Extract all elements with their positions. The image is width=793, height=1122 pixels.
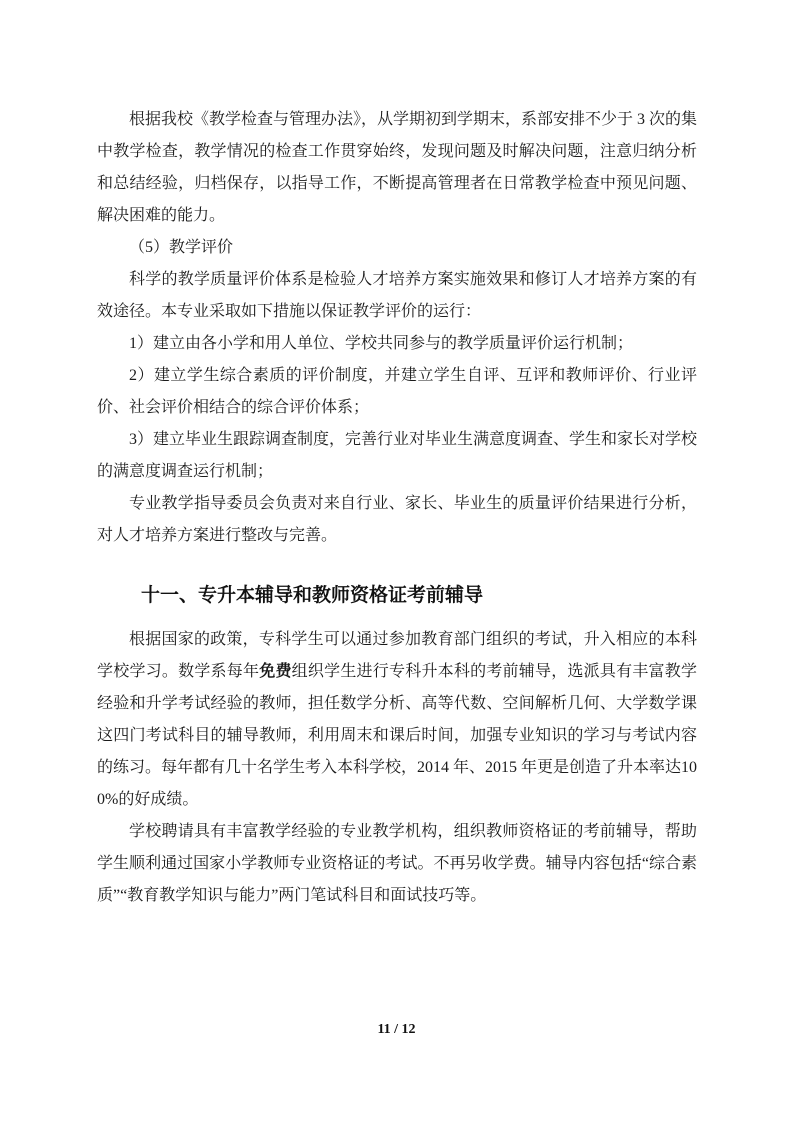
page-number: 11 / 12: [0, 1022, 793, 1038]
paragraph-label-teaching-evaluation: （5）教学评价: [97, 232, 697, 264]
paragraph-teacher-certificate: 学校聘请具有丰富教学经验的专业教学机构，组织教师资格证的考前辅导，帮助学生顺利通…: [97, 816, 697, 912]
paragraph-teaching-inspection: 根据我校《教学检查与管理办法》，从学期初到学期末，系部安排不少于 3 次的集中教…: [97, 104, 697, 232]
free-emphasis-text: 免费: [259, 663, 291, 680]
paragraph-upgrade-coaching-post: 组织学生进行专科升本科的考前辅导，选派具有丰富教学经验和升学考试经验的教师，担任…: [97, 663, 697, 808]
list-item-1: 1）建立由各小学和用人单位、学校共同参与的教学质量评价运行机制；: [97, 328, 697, 360]
paragraph-upgrade-coaching: 根据国家的政策，专科学生可以通过参加教育部门组织的考试，升入相应的本科学校学习。…: [97, 624, 697, 816]
paragraph-committee: 专业教学指导委员会负责对来自行业、家长、毕业生的质量评价结果进行分析，对人才培养…: [97, 488, 697, 552]
list-item-3: 3）建立毕业生跟踪调查制度，完善行业对毕业生满意度调查、学生和家长对学校的满意度…: [97, 424, 697, 488]
section-heading-eleven: 十一、专升本辅导和教师资格证考前辅导: [141, 580, 697, 612]
document-page: 根据我校《教学检查与管理办法》，从学期初到学期末，系部安排不少于 3 次的集中教…: [0, 0, 793, 1122]
document-body: 根据我校《教学检查与管理办法》，从学期初到学期末，系部安排不少于 3 次的集中教…: [97, 104, 697, 912]
list-item-2: 2）建立学生综合素质的评价制度，并建立学生自评、互评和教师评价、行业评价、社会评…: [97, 360, 697, 424]
paragraph-evaluation-intro: 科学的教学质量评价体系是检验人才培养方案实施效果和修订人才培养方案的有效途径。本…: [97, 264, 697, 328]
